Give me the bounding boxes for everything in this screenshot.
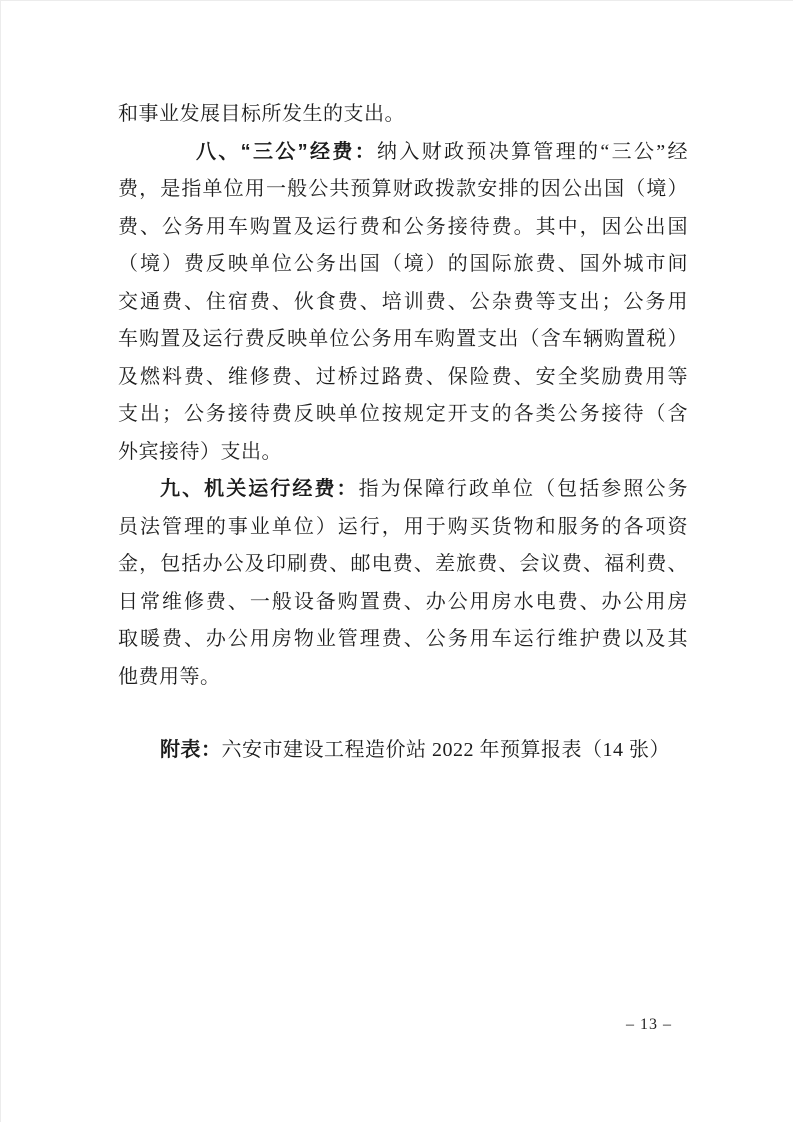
section-9-heading: 九、机关运行经费：: [160, 478, 359, 500]
text-line: 车购置及运行费反映单位公务用车购置支出（含车辆购置税）: [118, 321, 688, 359]
text-line: 交通费、住宿费、伙食费、培训费、公杂费等支出；公务用: [118, 284, 688, 322]
text-line: 他费用等。: [118, 659, 688, 697]
text-line: 支出；公务接待费反映单位按规定开支的各类公务接待（含: [118, 396, 688, 434]
document-page: 和事业发展目标所发生的支出。 八、“三公”经费：纳入财政预决算管理的“三公”经 …: [0, 0, 793, 1122]
text-line: 取暖费、办公用房物业管理费、公务用车运行维护费以及其: [118, 621, 688, 659]
text-line: 费，是指单位用一般公共预算财政拨款安排的因公出国（境）: [118, 171, 688, 209]
text-line: 费、公务用车购置及运行费和公务接待费。其中，因公出国: [118, 209, 688, 247]
page-number: – 13 –: [626, 1013, 672, 1037]
text-line: 日常维修费、一般设备购置费、办公用房水电费、办公用房: [118, 584, 688, 622]
text-line: 八、“三公”经费：纳入财政预决算管理的“三公”经: [118, 134, 688, 172]
section-8-heading: 八、“三公”经费：: [196, 141, 377, 163]
text-line: （境）费反映单位公务出国（境）的国际旅费、国外城市间: [118, 246, 688, 284]
text-line: 金，包括办公及印刷费、邮电费、差旅费、会议费、福利费、: [118, 546, 688, 584]
text-line: 和事业发展目标所发生的支出。: [118, 96, 688, 134]
attachment-line: 附表：六安市建设工程造价站 2022 年预算报表（14 张）: [118, 732, 688, 770]
text-run: 纳入财政预决算管理的“三公”经: [377, 141, 688, 163]
text-run: 指为保障行政单位（包括参照公务: [359, 478, 688, 500]
text-line: 员法管理的事业单位）运行，用于购买货物和服务的各项资: [118, 509, 688, 547]
text-line: 九、机关运行经费：指为保障行政单位（包括参照公务: [118, 471, 688, 509]
attachment-label: 附表：: [160, 739, 222, 761]
attachment-text: 六安市建设工程造价站 2022 年预算报表（14 张）: [222, 739, 671, 761]
body-text: 和事业发展目标所发生的支出。 八、“三公”经费：纳入财政预决算管理的“三公”经 …: [118, 96, 688, 770]
text-line: 及燃料费、维修费、过桥过路费、保险费、安全奖励费用等: [118, 359, 688, 397]
text-line: 外宾接待）支出。: [118, 434, 688, 472]
